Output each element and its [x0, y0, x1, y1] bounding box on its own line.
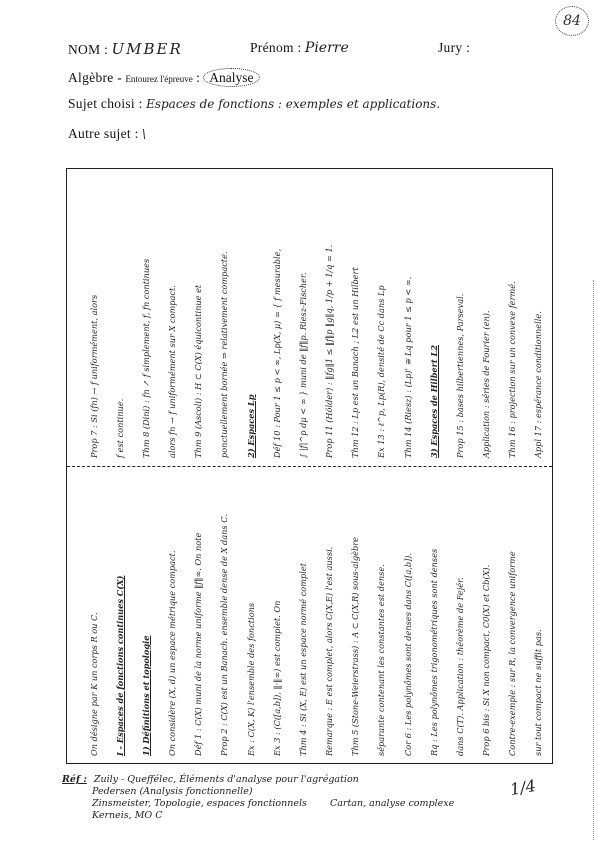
plan-line: Déf 10 : Pour 1 ≤ p < ∞, Lp(X, μ) = { f … — [272, 249, 282, 458]
plan-section-heading: I - Espaces de fonctions continues C(X) — [115, 576, 125, 756]
jury-field: Jury : — [438, 40, 470, 56]
prenom-label: Prénom : — [250, 40, 302, 55]
reference-line: Zinsmeister, Topologie, espaces fonction… — [62, 798, 359, 810]
sujet-value: Espaces de fonctions : exemples et appli… — [146, 97, 440, 111]
plan-line: Thm 8 (Dini) : fn ↗ f simplement, f, fn … — [141, 259, 151, 458]
plan-line: sur tout compact ne suffit pas. — [533, 629, 543, 756]
page-number-circled: 84 — [555, 6, 589, 36]
plan-line: alors fn → f uniformément sur X compact. — [167, 285, 177, 458]
plan-section-heading: 1) Définitions et topologie — [141, 636, 151, 756]
plan-line: f est continue. — [115, 399, 125, 458]
scan-edge-line — [593, 280, 594, 840]
autre-sujet-label: Autre sujet : — [68, 126, 139, 141]
reference-text: Pedersen (Analysis fonctionnelle) — [92, 786, 253, 797]
reference-line: Réf : Zuily - Queffélec, Éléments d'anal… — [62, 774, 359, 786]
plan-line: séparante contenant les constantes est d… — [376, 564, 386, 756]
plan-top-half: Prop 7 : Si (fn) → f uniformément, alors… — [67, 169, 552, 466]
plan-line: ∫ |f|^p dμ < ∞ } muni de ‖f‖p. Riesz-Fis… — [298, 272, 308, 458]
autre-sujet-field: Autre sujet : \ — [68, 126, 146, 142]
plan-line: ponctuellement bornée ⇒ relativement com… — [219, 251, 229, 458]
references-label: Réf : — [62, 774, 87, 785]
plan-line: Thm 4 : Si (X, E) est un espace normé co… — [298, 563, 308, 756]
sujet-field: Sujet choisi : Espaces de fonctions : ex… — [68, 96, 440, 112]
epreuve-label-left: Algèbre - — [68, 70, 122, 85]
plan-line: Ex 13 : ℓ^p, Lp(R), densité de Cc dans L… — [376, 285, 386, 458]
plan-line: Ex 3 : (C([a,b]), ‖·‖∞) est complet. On — [272, 601, 282, 756]
plan-line: Thm 9 (Ascoli) : H ⊂ C(X) équicontinue e… — [193, 285, 203, 458]
page-fraction-mark: 1/4 — [509, 776, 538, 799]
plan-line: Prop 2 : C(X) est un Banach. ensemble de… — [219, 514, 229, 756]
nom-label: NOM : — [68, 42, 108, 57]
epreuve-instruction: Entourez l'épreuve — [125, 74, 192, 84]
reference-text: Kerneis, MO C — [92, 810, 163, 821]
epreuve-field: Algèbre - Entourez l'épreuve : Analyse — [68, 70, 260, 86]
plan-bottom-half: On désigne par K un corps R ou C.I - Esp… — [67, 467, 552, 764]
plan-line: Cor 6 : Les polynômes sont denses dans C… — [403, 553, 413, 756]
nom-value: UMBER — [112, 40, 183, 58]
plan-line: Thm 14 (Riesz) : (Lp)' ≅ Lq pour 1 ≤ p <… — [403, 277, 413, 458]
sujet-label: Sujet choisi : — [68, 96, 143, 111]
epreuve-selected-analyse: Analyse — [203, 68, 259, 87]
plan-line: Application : séries de Fourier (en). — [481, 310, 491, 458]
plan-line: dans C(T). Application : théorème de Fej… — [455, 577, 465, 756]
jury-label: Jury : — [438, 40, 470, 55]
nom-field: NOM : UMBER — [68, 40, 183, 58]
plan-line: Prop 7 : Si (fn) → f uniformément, alors — [89, 295, 99, 458]
plan-line: Prop 11 (Hölder) : ‖fg‖1 ≤ ‖f‖p ‖g‖q, 1/… — [324, 245, 334, 458]
plan-line: Contre-exemple : sur R, la convergence u… — [507, 551, 517, 756]
plan-line: On désigne par K un corps R ou C. — [89, 612, 99, 756]
reference-extra: Cartan, analyse complexe — [330, 798, 454, 809]
plan-line: Ex : C(X, K) l'ensemble des fonctions — [246, 603, 256, 756]
reference-line: Pedersen (Analysis fonctionnelle) — [62, 786, 359, 798]
reference-text: Zuily - Queffélec, Éléments d'analyse po… — [94, 774, 359, 785]
plan-line: On considère (X, d) un espace métrique c… — [167, 550, 177, 756]
plan-line: Déf 1 : C(X) muni de la norme uniforme ‖… — [193, 533, 203, 756]
autre-sujet-value: \ — [142, 127, 146, 141]
plan-line: Remarque : E est complet, alors C(X,E) l… — [324, 547, 334, 756]
reference-line: Kerneis, MO C — [62, 810, 359, 822]
references: Réf : Zuily - Queffélec, Éléments d'anal… — [62, 774, 359, 822]
reference-text: Zinsmeister, Topologie, espaces fonction… — [92, 798, 307, 809]
prenom-field: Prénom : Pierre — [250, 40, 349, 56]
plan-section-heading: 2) Espaces Lp — [246, 395, 256, 458]
plan-line: Thm 12 : Lp est un Banach ; L2 est un Hi… — [350, 267, 360, 458]
plan-box: Prop 7 : Si (fn) → f uniformément, alors… — [66, 168, 553, 764]
prenom-value: Pierre — [305, 40, 349, 56]
plan-line: Prop 15 : bases hilbertiennes, Parseval. — [455, 294, 465, 458]
plan-line: Rq : Les polynômes trigonométriques sont… — [429, 549, 439, 756]
plan-line: Appl 17 : espérance conditionnelle. — [533, 311, 543, 458]
plan-line: Prop 6 bis : Si X non compact, C0(X) et … — [481, 565, 491, 756]
plan-section-heading: 3) Espaces de Hilbert L2 — [429, 345, 439, 458]
plan-line: Thm 16 : projection sur un convexe fermé… — [507, 281, 517, 458]
epreuve-separator: : — [196, 70, 200, 85]
plan-line: Thm 5 (Stone-Weierstrass) : A ⊂ C(X,R) s… — [350, 537, 360, 756]
